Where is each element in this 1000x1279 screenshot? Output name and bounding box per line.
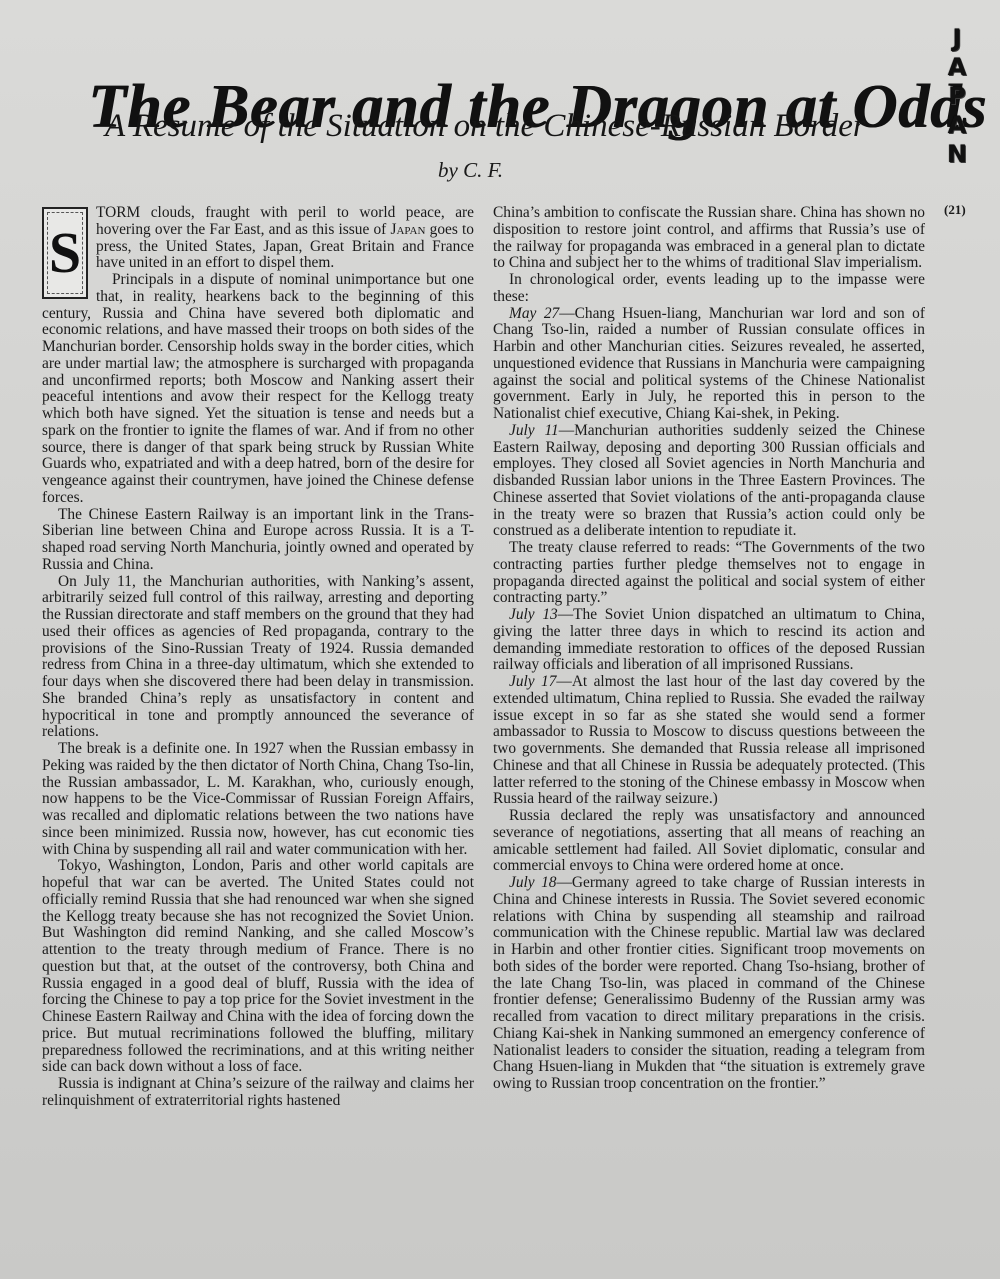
page-number: (21) bbox=[944, 202, 966, 218]
paragraph: Russia declared the reply was unsatisfac… bbox=[493, 808, 925, 875]
ornamental-drop-cap-icon: S bbox=[42, 207, 88, 299]
entry-date: July 11 bbox=[509, 422, 559, 439]
japan-side-logo: J A P A N bbox=[940, 24, 974, 169]
logo-letter: N bbox=[947, 140, 967, 169]
paragraph: STORM clouds, fraught with peril to worl… bbox=[42, 205, 474, 272]
timeline-entry: July 13—The Soviet Union dispatched an u… bbox=[493, 607, 925, 674]
logo-letter: A bbox=[948, 53, 967, 82]
lead-in: TORM bbox=[96, 204, 140, 221]
article-subtitle: A Resume of the Situation on the Chinese… bbox=[105, 104, 865, 148]
logo-letter: J bbox=[953, 24, 962, 53]
logo-letter: P bbox=[948, 82, 966, 111]
paragraph: The break is a definite one. In 1927 whe… bbox=[42, 741, 474, 858]
paragraph: The Chinese Eastern Railway is an import… bbox=[42, 507, 474, 574]
magazine-page: The Bear and the Dragon at Odds A Resume… bbox=[0, 0, 1000, 1279]
paragraph: Principals in a dispute of nominal unimp… bbox=[42, 272, 474, 507]
article-column-right: China’s ambition to confiscate the Russi… bbox=[493, 205, 925, 1093]
timeline-entry: July 18—Germany agreed to take charge of… bbox=[493, 875, 925, 1093]
paragraph-continued: China’s ambition to confiscate the Russi… bbox=[493, 205, 925, 272]
paragraph: In chronological order, events leading u… bbox=[493, 272, 925, 306]
entry-date: May 27 bbox=[509, 305, 559, 322]
logo-letter: A bbox=[948, 111, 967, 140]
entry-date: July 13 bbox=[509, 606, 558, 623]
timeline-entry: May 27—Chang Hsuen-liang, Manchurian war… bbox=[493, 306, 925, 423]
paragraph: On July 11, the Manchurian authorities, … bbox=[42, 574, 474, 742]
byline: by C. F. bbox=[438, 158, 503, 183]
entry-date: July 17 bbox=[509, 673, 556, 690]
entry-text: —The Soviet Union dispatched an ultimatu… bbox=[493, 606, 925, 673]
timeline-entry: July 11—Manchurian authorities suddenly … bbox=[493, 423, 925, 540]
entry-text: —Manchurian authorities suddenly seized … bbox=[493, 422, 925, 540]
entry-text: —Germany agreed to take charge of Russia… bbox=[493, 874, 925, 1092]
entry-text: —Chang Hsuen-liang, Manchurian war lord … bbox=[493, 305, 925, 423]
magazine-name: Japan bbox=[391, 221, 426, 238]
entry-text: —At almost the last hour of the last day… bbox=[493, 673, 925, 807]
paragraph: Russia is indignant at China’s seizure o… bbox=[42, 1076, 474, 1110]
entry-date: July 18 bbox=[509, 874, 557, 891]
paragraph: The treaty clause referred to reads: “Th… bbox=[493, 540, 925, 607]
paragraph: Tokyo, Washington, London, Paris and oth… bbox=[42, 858, 474, 1076]
timeline-entry: July 17—At almost the last hour of the l… bbox=[493, 674, 925, 808]
article-column-left: STORM clouds, fraught with peril to worl… bbox=[42, 205, 474, 1110]
